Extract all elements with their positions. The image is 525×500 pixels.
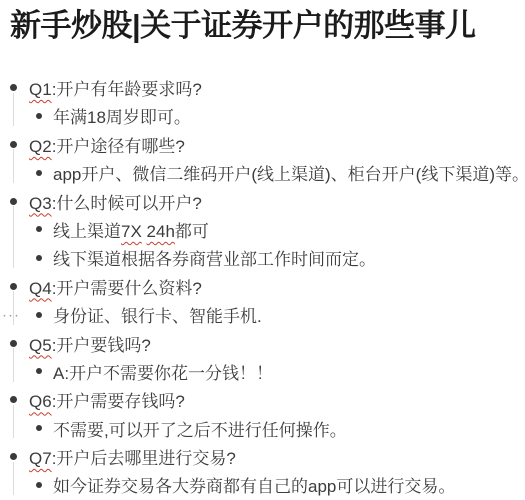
question-label: Q4: [29, 279, 52, 298]
qa-block: Q3:什么时候可以开户? 线上渠道7X 24h都可 线下渠道根据各券商营业部工作…: [0, 187, 525, 272]
question-label: Q5: [29, 336, 52, 355]
answer-row: A:开户不需要你花一分钱！！: [0, 357, 525, 385]
question-row: Q2:开户途径有哪些?: [0, 130, 525, 158]
question-text: Q6:开户需要存钱吗?: [29, 387, 185, 412]
bullet-icon: [10, 283, 17, 290]
question-text: Q2:开户途径有哪些?: [29, 132, 185, 157]
answer-list: 不需要,可以开了之后不进行任何操作。: [0, 414, 525, 442]
qa-block: Q2:开户途径有哪些? app开户、微信二维码开户(线上渠道)、柜台开户(线下渠…: [0, 130, 525, 187]
bullet-icon: [36, 255, 42, 261]
answer-row: ··· 身份证、银行卡、智能手机.: [0, 300, 525, 328]
answer-segment-flagged: 7X: [121, 222, 142, 241]
answer-text: 不需要,可以开了之后不进行任何操作。: [53, 416, 347, 441]
question-text: Q5:开户要钱吗?: [29, 331, 151, 356]
question-rest: :开户要钱吗?: [52, 336, 151, 355]
bullet-icon: [36, 482, 42, 488]
bullet-icon: [36, 425, 42, 431]
question-rest: :开户需要什么资料?: [52, 279, 202, 298]
answer-segment-flagged: 24h: [147, 222, 175, 241]
qa-block: Q6:开户需要存钱吗? 不需要,可以开了之后不进行任何操作。: [0, 386, 525, 443]
page-title: 新手炒股|关于证券开户的那些事儿: [0, 0, 525, 46]
question-rest: :开户途径有哪些?: [52, 137, 185, 156]
bullet-icon: [10, 396, 17, 403]
answer-row: 不需要,可以开了之后不进行任何操作。: [0, 414, 525, 442]
question-label: Q6: [29, 392, 52, 411]
bullet-icon: [10, 453, 17, 460]
bullet-icon: [10, 141, 17, 148]
bullet-icon: [10, 198, 17, 205]
question-text: Q1:开户有年龄要求吗?: [29, 75, 202, 100]
question-rest: :开户有年龄要求吗?: [52, 80, 202, 99]
bullet-icon: [10, 340, 17, 347]
qa-block: Q5:开户要钱吗? A:开户不需要你花一分钱！！: [0, 329, 525, 386]
answer-text: 身份证、银行卡、智能手机.: [53, 302, 262, 327]
question-label: Q1: [29, 80, 52, 99]
answer-segment: 都可: [175, 222, 209, 241]
document-page: 新手炒股|关于证券开户的那些事儿 Q1:开户有年龄要求吗? 年满18周岁即可。 …: [0, 0, 525, 500]
question-rest: :开户后去哪里进行交易?: [52, 449, 236, 468]
question-text: Q3:什么时候可以开户?: [29, 189, 202, 214]
answer-text: A:开户不需要你花一分钱！！: [53, 359, 273, 384]
answer-list: 年满18周岁即可。: [0, 102, 525, 130]
question-text: Q4:开户需要什么资料?: [29, 274, 202, 299]
question-row: Q3:什么时候可以开户?: [0, 187, 525, 215]
qa-list: Q1:开户有年龄要求吗? 年满18周岁即可。 Q2:开户途径有哪些? app开户…: [0, 73, 525, 499]
answer-list: 线上渠道7X 24h都可 线下渠道根据各券商营业部工作时间而定。: [0, 215, 525, 272]
answer-row: 如今证券交易各大券商都有自己的app可以进行交易。: [0, 471, 525, 499]
answer-list: 如今证券交易各大券商都有自己的app可以进行交易。: [0, 471, 525, 499]
question-text: Q7:开户后去哪里进行交易?: [29, 444, 236, 469]
question-row: Q1:开户有年龄要求吗?: [0, 73, 525, 101]
question-rest: :什么时候可以开户?: [52, 194, 202, 213]
bullet-icon: [36, 113, 42, 119]
answer-segment: 线上渠道: [53, 222, 121, 241]
question-row: Q7:开户后去哪里进行交易?: [0, 442, 525, 470]
bullet-icon: [36, 170, 42, 176]
qa-block: Q7:开户后去哪里进行交易? 如今证券交易各大券商都有自己的app可以进行交易。: [0, 442, 525, 499]
answer-row: 线下渠道根据各券商营业部工作时间而定。: [0, 244, 525, 272]
qa-block: Q1:开户有年龄要求吗? 年满18周岁即可。: [0, 73, 525, 130]
question-label: Q7: [29, 449, 52, 468]
answer-list: app开户、微信二维码开户(线上渠道)、柜台开户(线下渠道)等。: [0, 158, 525, 186]
answer-text: 年满18周岁即可。: [53, 103, 191, 128]
question-rest: :开户需要存钱吗?: [52, 392, 185, 411]
answer-text: 线下渠道根据各券商营业部工作时间而定。: [53, 245, 376, 270]
bullet-icon: [10, 84, 17, 91]
question-row: Q4:开户需要什么资料?: [0, 272, 525, 300]
answer-text: 线上渠道7X 24h都可: [53, 217, 209, 242]
answer-row: 年满18周岁即可。: [0, 102, 525, 130]
question-label: Q2: [29, 137, 52, 156]
bullet-icon: [36, 368, 42, 374]
drag-handle-icon[interactable]: ···: [2, 307, 20, 322]
answer-text: app开户、微信二维码开户(线上渠道)、柜台开户(线下渠道)等。: [53, 160, 525, 185]
answer-row: 线上渠道7X 24h都可: [0, 215, 525, 243]
answer-list: ··· 身份证、银行卡、智能手机.: [0, 300, 525, 328]
question-label: Q3: [29, 194, 52, 213]
answer-list: A:开户不需要你花一分钱！！: [0, 357, 525, 385]
bullet-icon: [36, 226, 42, 232]
answer-text: 如今证券交易各大券商都有自己的app可以进行交易。: [53, 472, 455, 497]
answer-row: app开户、微信二维码开户(线上渠道)、柜台开户(线下渠道)等。: [0, 158, 525, 186]
question-row: Q6:开户需要存钱吗?: [0, 386, 525, 414]
question-row: Q5:开户要钱吗?: [0, 329, 525, 357]
qa-block: Q4:开户需要什么资料? ··· 身份证、银行卡、智能手机.: [0, 272, 525, 329]
bullet-icon: [36, 312, 42, 318]
